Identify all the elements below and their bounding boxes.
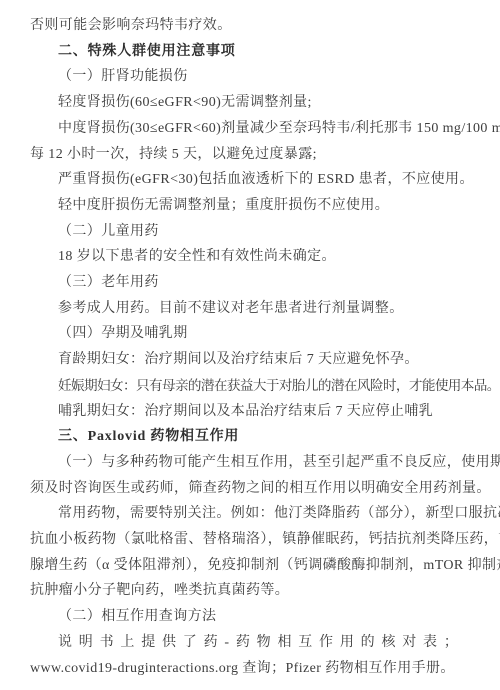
doc-line-common-drugs-cont1: 抗血小板药物（氯吡格雷、替格瑞洛），镇静催眠药，钙拮抗剂类降压药，前列 [30,527,470,553]
doc-line-interaction-warning: （一）与多种药物可能产生相互作用，甚至引起严重不良反应，使用期间必 [30,450,470,476]
doc-line-query-url: www.covid19-druginteractions.org 查询；Pfiz… [30,656,470,682]
subsection-heading-elderly: （三）老年用药 [30,270,470,296]
doc-line-mild-renal: 轻度肾损伤(60≤eGFR<90)无需调整剂量; [30,90,470,116]
subsection-heading-liver-kidney: （一）肝肾功能损伤 [30,64,470,90]
doc-line-pediatric: 18 岁以下患者的安全性和有效性尚未确定。 [30,244,470,270]
doc-line-common-drugs-cont2: 腺增生药（α 受体阻滞剂），免疫抑制剂（钙调磷酸酶抑制剂，mTOR 抑制剂）， [30,553,470,579]
doc-line-hepatic: 轻中度肝损伤无需调整剂量；重度肝损伤不应使用。 [30,193,470,219]
doc-line-moderate-renal: 中度肾损伤(30≤eGFR<60)剂量减少至奈玛特韦/利托那韦 150 mg/1… [30,116,470,142]
doc-line-childbearing: 育龄期妇女：治疗期间以及治疗结束后 7 天应避免怀孕。 [30,347,470,373]
doc-line-moderate-renal-cont: 每 12 小时一次，持续 5 天，以避免过度暴露; [30,142,470,168]
doc-line-pregnant: 妊娠期妇女：只有母亲的潜在获益大于对胎儿的潜在风险时，才能使用本品。 [30,373,470,399]
paragraph-continuation-efficacy: 否则可能会影响奈玛特韦疗效。 [30,13,470,39]
section-heading-special-populations: 二、特殊人群使用注意事项 [30,39,470,65]
subsection-heading-pediatric: （二）儿童用药 [30,219,470,245]
doc-line-interaction-warning-cont: 须及时咨询医生或药师，筛查药物之间的相互作用以明确安全用药剂量。 [30,476,470,502]
section-heading-drug-interactions: 三、Paxlovid 药物相互作用 [30,424,470,450]
subsection-heading-query-methods: （二）相互作用查询方法 [30,604,470,630]
doc-line-severe-renal: 严重肾损伤(eGFR<30)包括血液透析下的 ESRD 患者，不应使用。 [30,167,470,193]
subsection-heading-pregnancy: （四）孕期及哺乳期 [30,321,470,347]
document-page: 否则可能会影响奈玛特韦疗效。 二、特殊人群使用注意事项 （一）肝肾功能损伤 轻度… [0,0,500,690]
doc-line-lactating: 哺乳期妇女：治疗期间以及本品治疗结束后 7 天应停止哺乳 [30,399,470,425]
doc-line-common-drugs-cont3: 抗肿瘤小分子靶向药，唑类抗真菌药等。 [30,578,470,604]
doc-line-checklist: 说明书上提供了药-药物相互作用的核对表； [30,630,470,656]
doc-line-elderly: 参考成人用药。目前不建议对老年患者进行剂量调整。 [30,296,470,322]
doc-line-common-drugs: 常用药物，需要特别关注。例如：他汀类降脂药（部分），新型口服抗凝药， [30,501,470,527]
